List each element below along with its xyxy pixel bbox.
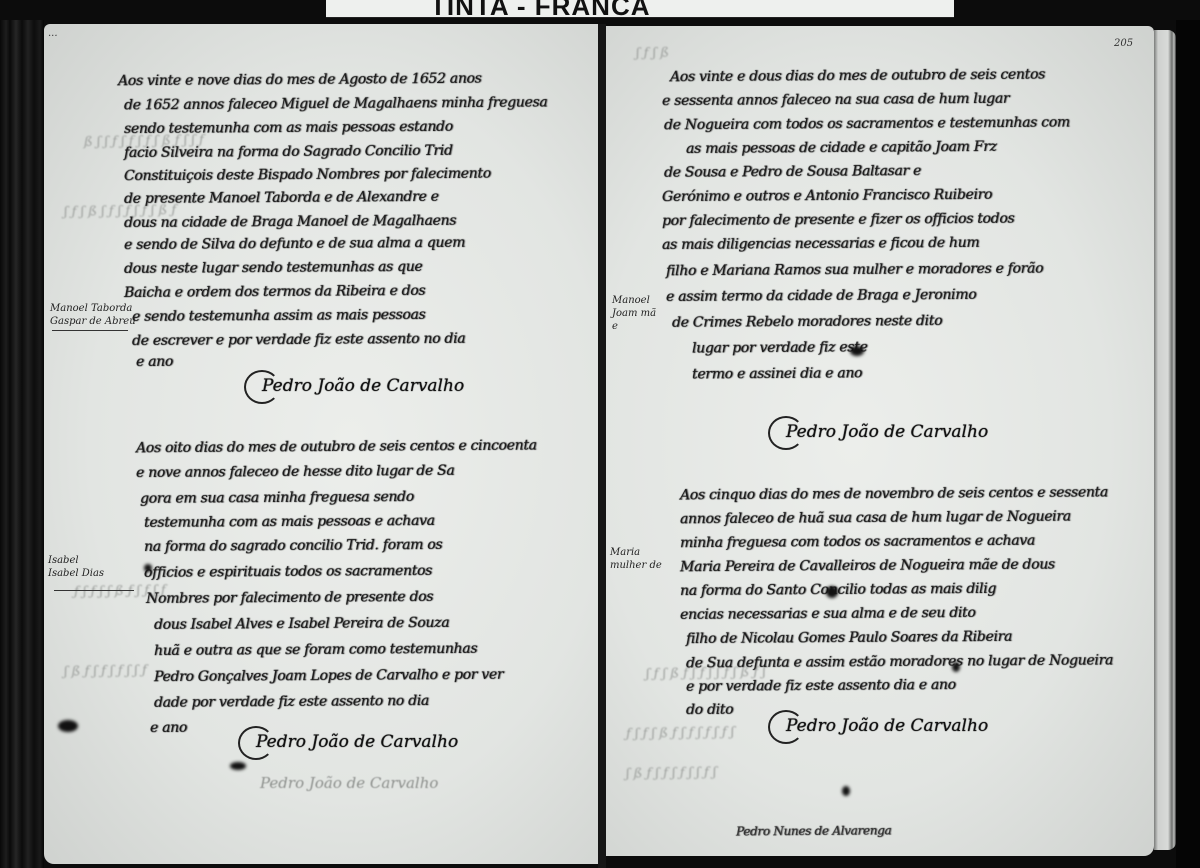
text-line: encias necessarias e sua alma e de seu d… <box>680 605 976 623</box>
left-page: ... ß ʃ ʃ ƒ ʃ ƒ ʃ ƒ ʃ ß ƒ ʃ ʃ ƒ ʃ ƒ ʃ ß … <box>44 24 600 864</box>
text-line: dous neste lugar sendo testemunhas as qu… <box>124 259 423 277</box>
bottom-note: Pedro Nunes de Alvarenga <box>736 823 891 838</box>
page-gutter <box>598 24 606 868</box>
text-line: as mais diligencias necessarias e ficou … <box>662 235 979 253</box>
text-line: de Crimes Rebelo moradores neste dito <box>672 313 942 331</box>
right-page: 205 ʃ ƒ ʃ ß ʃ ƒ ʃ ß ƒ ʃ ƒ ʃ ʃ ƒ ʃ ß ƒ ʃ … <box>606 26 1154 856</box>
priest-signature: Pedro João de Carvalho <box>262 376 464 396</box>
margin-note: Maria mulher de <box>610 546 662 572</box>
text-line: e por verdade fiz este assento dia e ano <box>686 677 956 695</box>
text-line: de presente Manoel Taborda e de Alexandr… <box>124 189 439 207</box>
bleed-through-signature: Pedro João de Carvalho <box>260 774 438 792</box>
text-line: na forma do Santo Concilio todas as mais… <box>680 581 996 599</box>
text-line: na forma do sagrado concilio Trid. foram… <box>144 537 442 555</box>
text-line: as mais pessoas de cidade e capitão Joam… <box>686 139 997 157</box>
text-line: filho de Nicolau Gomes Paulo Soares da R… <box>686 629 1012 647</box>
text-line: lugar por verdade fiz este <box>692 339 868 356</box>
ink-blot <box>58 720 78 732</box>
ink-blot <box>952 662 960 672</box>
ink-blot <box>842 786 850 796</box>
bleed-through-text: ʃ ß ƒ ʃ ƒ ʃ ƒ ʃ ʃ ƒ <box>64 663 147 679</box>
text-line: e sendo de Silva do defunto e de sua alm… <box>124 235 465 253</box>
text-line: facio Silveira na forma do Sagrado Conci… <box>124 143 453 161</box>
priest-signature: Pedro João de Carvalho <box>786 716 988 736</box>
text-line: de Sua defunta e assim estão moradores n… <box>686 653 1113 672</box>
text-line: officios e espirituais todos os sacramen… <box>144 563 432 581</box>
text-line: Nombres por falecimento de presente dos <box>146 589 433 607</box>
label-strip-text: TINTA - FRANCA <box>430 0 651 18</box>
margin-note: Manoel Joam mã e <box>612 294 656 333</box>
bleed-through-text: ʃ ƒ ʃ ß <box>636 46 669 62</box>
text-line: de escrever e por verdade fiz este assen… <box>132 331 465 349</box>
text-line: Baicha e ordem dos termos da Ribeira e d… <box>124 283 425 301</box>
margin-underline <box>52 330 128 331</box>
text-line: do dito <box>686 702 733 718</box>
text-line: gora em sua casa minha freguesa sendo <box>140 489 414 507</box>
text-line: sendo testemunha com as mais pessoas est… <box>124 119 453 137</box>
margin-underline <box>54 590 134 591</box>
text-line: Maria Pereira de Cavalleiros de Nogueira… <box>680 557 1055 576</box>
text-line: dade por verdade fiz este assento no dia <box>154 693 429 711</box>
text-line: e ano <box>136 354 173 370</box>
left-folio-mark: ... <box>48 28 58 39</box>
text-line: Constituiçois deste Bispado Nombres por … <box>124 166 491 185</box>
text-line: minha freguesa com todos os sacramentos … <box>680 533 1035 551</box>
text-line: termo e assinei dia e ano <box>692 365 862 382</box>
ink-blot <box>826 586 838 598</box>
text-line: Aos oito dias do mes de outubro de seis … <box>136 438 537 457</box>
text-line: e sessenta annos faleceo na sua casa de … <box>662 91 1009 109</box>
text-line: e assim termo da cidade de Braga e Jeron… <box>666 287 976 305</box>
microfilm-label-strip: TINTA - FRANCA <box>326 0 954 18</box>
text-line: e nove annos faleceo de hesse dito lugar… <box>136 463 455 481</box>
page-edges <box>1154 30 1176 850</box>
margin-note: Manoel Taborda Gaspar de Abreu <box>50 302 136 328</box>
text-line: Aos vinte e dous dias do mes de outubro … <box>670 67 1045 86</box>
book-binding <box>0 20 44 868</box>
text-line: e ano <box>150 720 187 736</box>
ink-blot <box>144 564 152 572</box>
text-line: de 1652 annos faleceo Miguel de Magalhae… <box>124 95 548 114</box>
priest-signature: Pedro João de Carvalho <box>786 422 988 442</box>
scan-border <box>1176 20 1200 868</box>
text-line: huã e outra as que se foram como testemu… <box>154 641 477 659</box>
text-line: Aos vinte e nove dias do mes de Agosto d… <box>118 71 482 90</box>
text-line: Pedro Gonçalves Joam Lopes de Carvalho e… <box>154 667 503 685</box>
text-line: testemunha com as mais pessoas e achava <box>144 513 435 531</box>
text-line: Aos cinquo dias do mes de novembro de se… <box>680 485 1108 504</box>
text-line: de Nogueira com todos os sacramentos e t… <box>664 115 1070 134</box>
text-line: Gerónimo e outros e Antonio Francisco Ru… <box>662 187 992 205</box>
margin-note: Isabel Isabel Dias <box>48 554 104 580</box>
bleed-through-text: ƒ ʃ ƒ ʃ ß ƒ ʃ ƒ ʃ ƒ ʃ ƒ ʃ <box>626 725 735 742</box>
ink-blot <box>850 346 864 356</box>
bleed-through-text: ʃ ß ƒ ʃ ƒ ʃ ƒ ʃ ʃ ƒ ʃ <box>626 765 717 782</box>
folio-number: 205 <box>1114 38 1133 49</box>
priest-signature: Pedro João de Carvalho <box>256 732 458 752</box>
text-line: de Sousa e Pedro de Sousa Baltasar e <box>664 163 921 181</box>
text-line: e sendo testemunha assim as mais pessoas <box>132 307 426 325</box>
text-line: por falecimento de presente e fizer os o… <box>662 211 1014 229</box>
text-line: annos faleceo de huã sua casa de hum lug… <box>680 509 1071 528</box>
ink-blot <box>230 762 246 770</box>
text-line: filho e Mariana Ramos sua mulher e morad… <box>666 261 1043 280</box>
text-line: dous na cidade de Braga Manoel de Magalh… <box>124 213 456 231</box>
text-line: dous Isabel Alves e Isabel Pereira de So… <box>154 615 449 633</box>
